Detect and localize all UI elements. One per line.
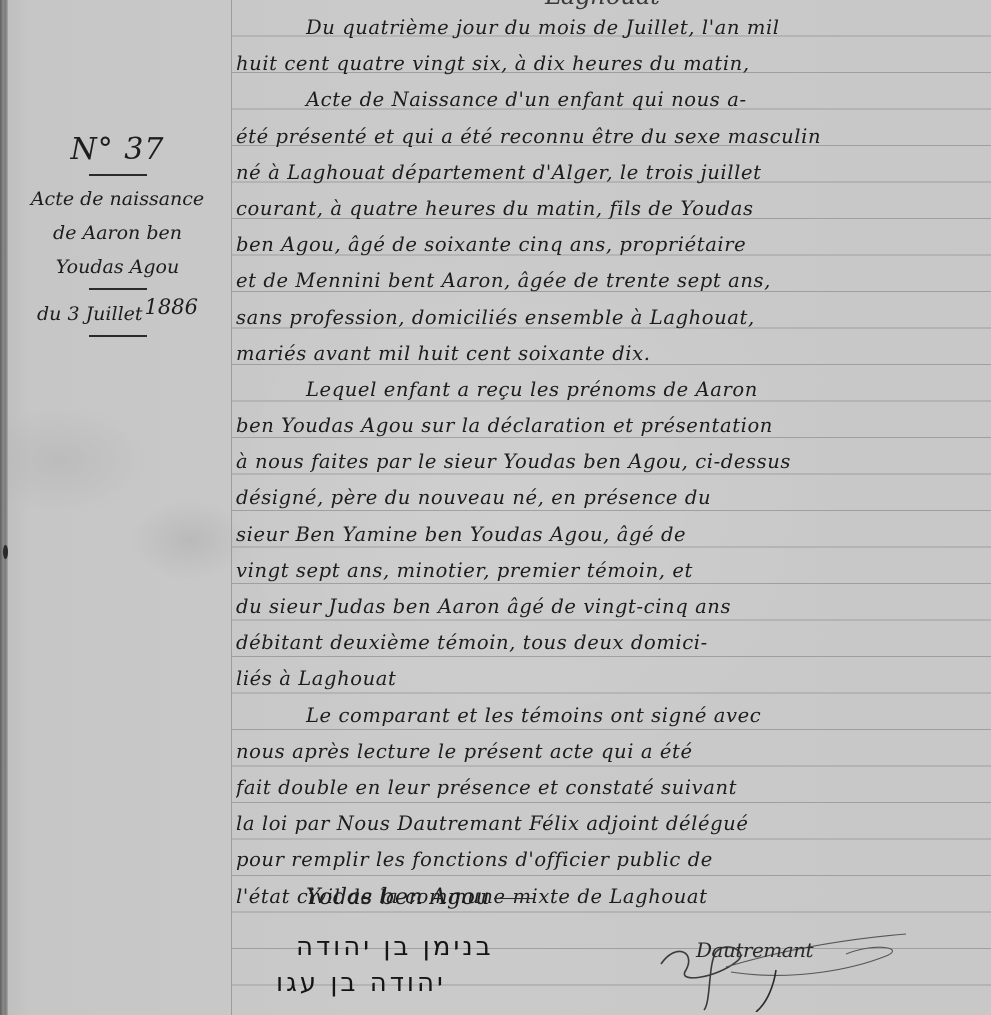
header-fragment: Laghouat — [545, 0, 660, 10]
margin-line: de Aaron ben — [10, 216, 225, 250]
margin-date-year: 1886 — [145, 295, 198, 319]
signature-official-name: Dautremant — [696, 938, 813, 962]
text-line: débitant deuxième témoin, tous deux domi… — [236, 625, 986, 661]
text-line: Acte de Naissance d'un enfant qui nous a… — [236, 82, 986, 118]
text-line: huit cent quatre vingt six, à dix heures… — [236, 46, 986, 82]
text-line: Le comparant et les témoins ont signé av… — [236, 698, 986, 734]
text-line: pour remplir les fonctions d'officier pu… — [236, 842, 986, 878]
margin-line: Acte de naissance — [10, 182, 225, 216]
act-body: Du quatrième jour du mois de Juillet, l'… — [236, 10, 986, 915]
margin-date: du 3 Juillet1886 — [10, 296, 225, 331]
text-line: nous après lecture le présent acte qui a… — [236, 734, 986, 770]
text-line: la loi par Nous Dautremant Félix adjoint… — [236, 806, 986, 842]
text-line: vingt sept ans, minotier, premier témoin… — [236, 553, 986, 589]
text-line: fait double en leur présence et constaté… — [236, 770, 986, 806]
margin-annotation: N° 37 Acte de naissance de Aaron ben You… — [10, 130, 225, 343]
binding-hole — [3, 545, 8, 559]
signatures: Yodas ben Agou בנימן בן יהודה יהודה בן ע… — [236, 880, 986, 1015]
margin-rule — [231, 0, 232, 1015]
text-line: ben Agou, âgé de soixante cinq ans, prop… — [236, 227, 986, 263]
signature-declarant: Yodas ben Agou — [306, 880, 534, 916]
text-line: liés à Laghouat — [236, 661, 986, 697]
text-line: mariés avant mil huit cent soixante dix. — [236, 336, 986, 372]
text-line: sieur Ben Yamine ben Youdas Agou, âgé de — [236, 517, 986, 553]
signature-hebrew-witness-2: יהודה בן עגו — [276, 968, 576, 998]
text-line: ben Youdas Agou sur la déclaration et pr… — [236, 408, 986, 444]
underline — [89, 335, 147, 337]
text-line: né à Laghouat département d'Alger, le tr… — [236, 155, 986, 191]
underline — [89, 174, 147, 176]
text-line: été présenté et qui a été reconnu être d… — [236, 119, 986, 155]
signature-hebrew-witness-1: בנימן בן יהודה — [296, 932, 596, 962]
binding-edge — [0, 0, 8, 1015]
text-line: à nous faites par le sieur Youdas ben Ag… — [236, 444, 986, 480]
text-line: du sieur Judas ben Aaron âgé de vingt-ci… — [236, 589, 986, 625]
signature-flourish-icon — [656, 922, 916, 1012]
act-number: N° 37 — [10, 130, 225, 170]
signature-official: Dautremant — [656, 922, 916, 1012]
margin-line: Youdas Agou — [10, 250, 225, 284]
text-line: et de Mennini bent Aaron, âgée de trente… — [236, 263, 986, 299]
text-line: Lequel enfant a reçu les prénoms de Aaro… — [236, 372, 986, 408]
text-line: Du quatrième jour du mois de Juillet, l'… — [236, 10, 986, 46]
margin-date-prefix: du 3 Juillet — [37, 303, 143, 325]
text-line: sans profession, domiciliés ensemble à L… — [236, 300, 986, 336]
underline — [89, 288, 147, 290]
text-line: courant, à quatre heures du matin, fils … — [236, 191, 986, 227]
text-line: désigné, père du nouveau né, en présence… — [236, 480, 986, 516]
document-page: Laghouat N° 37 Acte de naissance de Aaro… — [0, 0, 991, 1015]
